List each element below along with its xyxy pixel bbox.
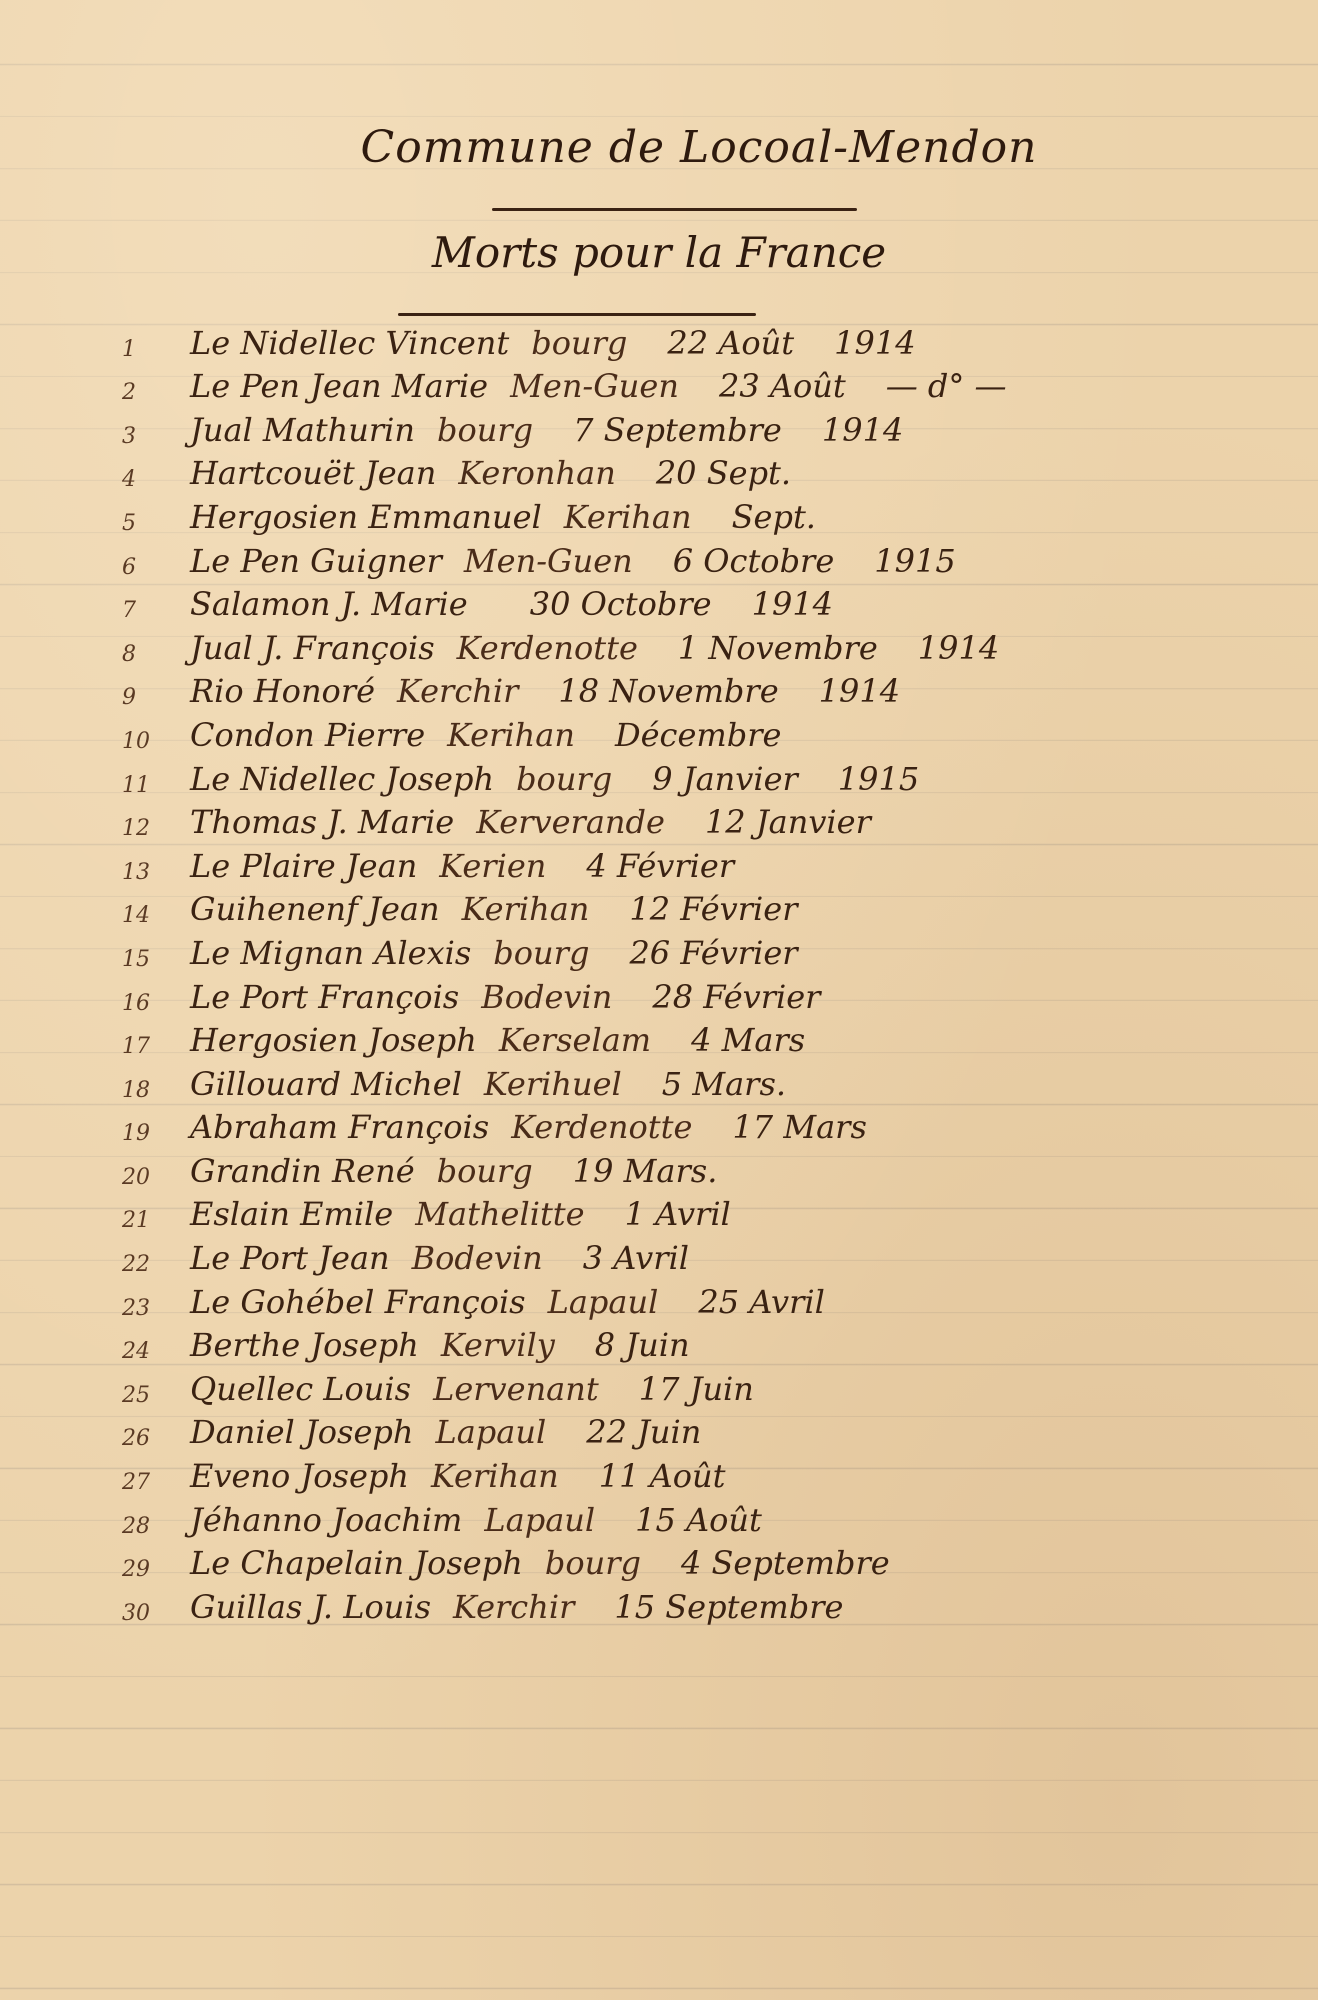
entry-date: 15 Septembre: [614, 1588, 843, 1626]
entry-year: 1915: [874, 542, 955, 580]
entry-number: 26: [122, 1426, 162, 1451]
entry-text: Thomas J. MarieKerverande12 Janvier: [190, 803, 911, 841]
list-item: 16Le Port FrançoisBodevin28 Février: [0, 976, 1318, 1020]
entry-text: Daniel JosephLapaul22 Juin: [190, 1413, 741, 1451]
entry-place: Kerchir: [453, 1588, 574, 1626]
entry-text: Le Port JeanBodevin3 Avril: [190, 1239, 729, 1277]
entry-text: Eslain EmileMathelitte1 Avril: [190, 1195, 771, 1233]
list-item: 8Jual J. FrançoisKerdenotte1 Novembre191…: [0, 627, 1318, 671]
entry-name: Jual J. François: [190, 629, 435, 667]
entry-date: 9 Janvier: [652, 760, 798, 798]
entry-text: Abraham FrançoisKerdenotte17 Mars: [190, 1108, 907, 1146]
entry-number: 21: [122, 1208, 162, 1233]
entry-place: Kerihuel: [484, 1065, 622, 1103]
entry-place: Kerihan: [564, 498, 692, 536]
entry-name: Grandin René: [190, 1152, 415, 1190]
list-item: 20Grandin Renébourg19 Mars.: [0, 1150, 1318, 1194]
entry-place: Kerverande: [476, 803, 665, 841]
entry-name: Guihenenf Jean: [190, 890, 440, 928]
entry-year: 1914: [918, 629, 999, 667]
entry-number: 4: [122, 467, 162, 492]
entry-text: Quellec LouisLervenant17 Juin: [190, 1370, 794, 1408]
entry-date: 6 Octobre: [673, 542, 835, 580]
entry-name: Jual Mathurin: [190, 411, 415, 449]
list-item: 7Salamon J. Marie30 Octobre1914: [0, 584, 1318, 628]
entry-date: 5 Mars.: [662, 1065, 786, 1103]
entry-number: 19: [122, 1121, 162, 1146]
entry-date: 19 Mars.: [573, 1152, 718, 1190]
entry-place: bourg: [437, 1152, 533, 1190]
entry-date: 1 Novembre: [678, 629, 878, 667]
entry-name: Le Gohébel François: [190, 1283, 526, 1321]
entry-number: 28: [122, 1514, 162, 1539]
entry-name: Daniel Joseph: [190, 1413, 413, 1451]
entry-number: 24: [122, 1339, 162, 1364]
entry-date: 8 Juin: [595, 1326, 690, 1364]
document-page: Commune de Locoal-Mendon Morts pour la F…: [0, 0, 1318, 2000]
list-item: 24Berthe JosephKervily8 Juin: [0, 1325, 1318, 1369]
entry-name: Hergosien Joseph: [190, 1021, 477, 1059]
list-item: 25Quellec LouisLervenant17 Juin: [0, 1368, 1318, 1412]
entry-place: bourg: [516, 760, 612, 798]
entry-date: 12 Janvier: [705, 803, 871, 841]
entry-text: Hergosien EmmanuelKerihanSept.: [190, 498, 856, 536]
entry-year: 1914: [822, 411, 903, 449]
list-item: 30Guillas J. LouisKerchir15 Septembre: [0, 1586, 1318, 1630]
entry-text: Jéhanno JoachimLapaul15 Août: [190, 1501, 802, 1539]
entry-date: 23 Août: [719, 367, 846, 405]
entry-place: Lapaul: [548, 1283, 659, 1321]
entry-name: Le Port François: [190, 978, 459, 1016]
title-underline: [492, 208, 857, 211]
entry-text: Jual Mathurinbourg7 Septembre1914: [190, 411, 903, 449]
entry-text: Rio HonoréKerchir18 Novembre1914: [190, 672, 900, 710]
entry-name: Le Chapelain Joseph: [190, 1544, 523, 1582]
entry-number: 8: [122, 642, 162, 667]
entry-text: Salamon J. Marie30 Octobre1914: [190, 585, 833, 623]
entry-date: 15 Août: [635, 1501, 762, 1539]
entry-number: 15: [122, 947, 162, 972]
entry-place: bourg: [493, 934, 589, 972]
list-item: 6Le Pen GuignerMen-Guen6 Octobre1915: [0, 540, 1318, 584]
subtitle-underline: [398, 313, 756, 316]
entry-year: 1914: [752, 585, 833, 623]
entry-text: Gillouard MichelKerihuel5 Mars.: [190, 1065, 826, 1103]
entry-date: 12 Février: [629, 890, 797, 928]
list-item: 17Hergosien JosephKerselam4 Mars: [0, 1020, 1318, 1064]
entry-text: Grandin Renébourg19 Mars.: [190, 1152, 757, 1190]
entry-place: Lapaul: [435, 1413, 546, 1451]
entry-name: Thomas J. Marie: [190, 803, 454, 841]
list-item: 21Eslain EmileMathelitte1 Avril: [0, 1194, 1318, 1238]
entry-place: Kerihan: [431, 1457, 559, 1495]
list-item: 15Le Mignan Alexisbourg26 Février: [0, 932, 1318, 976]
entry-text: Condon PierreKerihanDécembre: [190, 716, 821, 754]
list-item: 3Jual Mathurinbourg7 Septembre1914: [0, 409, 1318, 453]
entry-number: 30: [122, 1601, 162, 1626]
list-item: 28Jéhanno JoachimLapaul15 Août: [0, 1499, 1318, 1543]
entry-date: Sept.: [732, 498, 816, 536]
entry-date: 3 Avril: [583, 1239, 689, 1277]
list-item: 9Rio HonoréKerchir18 Novembre1914: [0, 671, 1318, 715]
entry-text: Guillas J. LouisKerchir15 Septembre: [190, 1588, 883, 1626]
entry-date: 17 Mars: [732, 1108, 866, 1146]
entry-number: 16: [122, 991, 162, 1016]
entry-number: 12: [122, 816, 162, 841]
entry-text: Le Mignan Alexisbourg26 Février: [190, 934, 838, 972]
list-item: 11Le Nidellec Josephbourg9 Janvier1915: [0, 758, 1318, 802]
entry-number: 27: [122, 1470, 162, 1495]
list-item: 2Le Pen Jean MarieMen-Guen23 Août— d° —: [0, 366, 1318, 410]
entry-name: Guillas J. Louis: [190, 1588, 431, 1626]
entry-name: Le Plaire Jean: [190, 847, 417, 885]
entry-place: bourg: [545, 1544, 641, 1582]
entry-text: Le Port FrançoisBodevin28 Février: [190, 978, 860, 1016]
entry-place: Lapaul: [484, 1501, 595, 1539]
entry-date: 18 Novembre: [558, 672, 778, 710]
entry-place: Kerihan: [462, 890, 590, 928]
entry-name: Le Nidellec Joseph: [190, 760, 494, 798]
entry-text: Le Pen GuignerMen-Guen6 Octobre1915: [190, 542, 956, 580]
entry-date: 4 Mars: [691, 1021, 805, 1059]
entry-name: Le Pen Jean Marie: [190, 367, 488, 405]
entry-place: Bodevin: [481, 978, 612, 1016]
document-title: Commune de Locoal-Mendon: [40, 122, 1318, 173]
entry-name: Eveno Joseph: [190, 1457, 409, 1495]
entry-name: Quellec Louis: [190, 1370, 411, 1408]
entry-text: Jual J. FrançoisKerdenotte1 Novembre1914: [190, 629, 999, 667]
entry-text: Berthe JosephKervily8 Juin: [190, 1326, 730, 1364]
entry-date: 20 Sept.: [656, 454, 791, 492]
entry-year: 1915: [838, 760, 919, 798]
entry-number: 5: [122, 511, 162, 536]
entry-name: Rio Honoré: [190, 672, 375, 710]
list-item: 5Hergosien EmmanuelKerihanSept.: [0, 496, 1318, 540]
entry-number: 7: [122, 598, 162, 623]
list-item: 12Thomas J. MarieKerverande12 Janvier: [0, 802, 1318, 846]
entry-text: Le Pen Jean MarieMen-Guen23 Août— d° —: [190, 367, 1007, 405]
entry-date: 30 Octobre: [530, 585, 712, 623]
entry-place: Kervily: [441, 1326, 555, 1364]
entry-name: Hartcouët Jean: [190, 454, 436, 492]
entry-text: Le Nidellec Vincentbourg22 Août1914: [190, 324, 916, 362]
entry-number: 1: [122, 337, 162, 362]
list-item: 23Le Gohébel FrançoisLapaul25 Avril: [0, 1281, 1318, 1325]
entry-place: Lervenant: [433, 1370, 599, 1408]
entry-date: 25 Avril: [698, 1283, 825, 1321]
entry-text: Eveno JosephKerihan11 Août: [190, 1457, 766, 1495]
entry-number: 11: [122, 773, 162, 798]
entry-place: Bodevin: [412, 1239, 543, 1277]
entry-name: Abraham François: [190, 1108, 489, 1146]
entry-text: Le Nidellec Josephbourg9 Janvier1915: [190, 760, 919, 798]
entry-name: Hergosien Emmanuel: [190, 498, 542, 536]
entry-place: Keronhan: [458, 454, 615, 492]
entry-place: Mathelitte: [415, 1195, 584, 1233]
entry-date: 22 Août: [667, 324, 794, 362]
entry-number: 10: [122, 729, 162, 754]
entry-text: Hartcouët JeanKeronhan20 Sept.: [190, 454, 831, 492]
entry-name: Condon Pierre: [190, 716, 425, 754]
entry-number: 17: [122, 1034, 162, 1059]
list-item: 26Daniel JosephLapaul22 Juin: [0, 1412, 1318, 1456]
list-item: 27Eveno JosephKerihan11 Août: [0, 1455, 1318, 1499]
document-subtitle: Morts pour la France: [0, 228, 1318, 277]
entry-date: 26 Février: [629, 934, 797, 972]
entry-number: 22: [122, 1252, 162, 1277]
entry-place: bourg: [437, 411, 533, 449]
entry-name: Berthe Joseph: [190, 1326, 419, 1364]
entry-number: 13: [122, 860, 162, 885]
casualty-list: 1Le Nidellec Vincentbourg22 Août19142Le …: [0, 322, 1318, 1630]
entry-name: Le Pen Guigner: [190, 542, 442, 580]
list-item: 22Le Port JeanBodevin3 Avril: [0, 1237, 1318, 1281]
list-item: 19Abraham FrançoisKerdenotte17 Mars: [0, 1107, 1318, 1151]
entry-date: 4 Septembre: [681, 1544, 890, 1582]
entry-name: Gillouard Michel: [190, 1065, 462, 1103]
list-item: 29Le Chapelain Josephbourg4 Septembre: [0, 1543, 1318, 1587]
entry-text: Le Gohébel FrançoisLapaul25 Avril: [190, 1283, 865, 1321]
entry-number: 23: [122, 1296, 162, 1321]
entry-name: Jéhanno Joachim: [190, 1501, 462, 1539]
entry-number: 18: [122, 1078, 162, 1103]
entry-date: 28 Février: [652, 978, 820, 1016]
entry-place: Men-Guen: [510, 367, 679, 405]
entry-date: 7 Septembre: [573, 411, 782, 449]
entry-place: Kerselam: [499, 1021, 651, 1059]
entry-year: 1914: [819, 672, 900, 710]
list-item: 14Guihenenf JeanKerihan12 Février: [0, 889, 1318, 933]
entry-date: Décembre: [615, 716, 782, 754]
entry-date: 11 Août: [599, 1457, 726, 1495]
entry-number: 2: [122, 380, 162, 405]
entry-year: 1914: [834, 324, 915, 362]
entry-text: Le Plaire JeanKerien4 Février: [190, 847, 774, 885]
entry-number: 9: [122, 685, 162, 710]
entry-text: Le Chapelain Josephbourg4 Septembre: [190, 1544, 930, 1582]
entry-place: bourg: [531, 324, 627, 362]
entry-number: 29: [122, 1557, 162, 1582]
entry-place: Kerien: [439, 847, 546, 885]
entry-name: Le Nidellec Vincent: [190, 324, 509, 362]
entry-name: Salamon J. Marie: [190, 585, 468, 623]
entry-text: Hergosien JosephKerselam4 Mars: [190, 1021, 845, 1059]
entry-date: 1 Avril: [625, 1195, 731, 1233]
list-item: 10Condon PierreKerihanDécembre: [0, 714, 1318, 758]
entry-year: — d° —: [886, 367, 1007, 405]
entry-date: 22 Juin: [586, 1413, 701, 1451]
entry-place: Kerchir: [397, 672, 518, 710]
entry-place: Men-Guen: [464, 542, 633, 580]
entry-name: Le Port Jean: [190, 1239, 390, 1277]
entry-place: Kerdenotte: [457, 629, 638, 667]
entry-name: Eslain Emile: [190, 1195, 393, 1233]
entry-text: Guihenenf JeanKerihan12 Février: [190, 890, 838, 928]
entry-number: 20: [122, 1165, 162, 1190]
entry-place: Kerdenotte: [511, 1108, 692, 1146]
entry-number: 6: [122, 555, 162, 580]
list-item: 18Gillouard MichelKerihuel5 Mars.: [0, 1063, 1318, 1107]
list-item: 13Le Plaire JeanKerien4 Février: [0, 845, 1318, 889]
entry-name: Le Mignan Alexis: [190, 934, 471, 972]
list-item: 4Hartcouët JeanKeronhan20 Sept.: [0, 453, 1318, 497]
entry-date: 4 Février: [586, 847, 734, 885]
entry-number: 14: [122, 903, 162, 928]
list-item: 1Le Nidellec Vincentbourg22 Août1914: [0, 322, 1318, 366]
entry-number: 25: [122, 1383, 162, 1408]
entry-number: 3: [122, 424, 162, 449]
entry-date: 17 Juin: [639, 1370, 754, 1408]
entry-place: Kerihan: [447, 716, 575, 754]
